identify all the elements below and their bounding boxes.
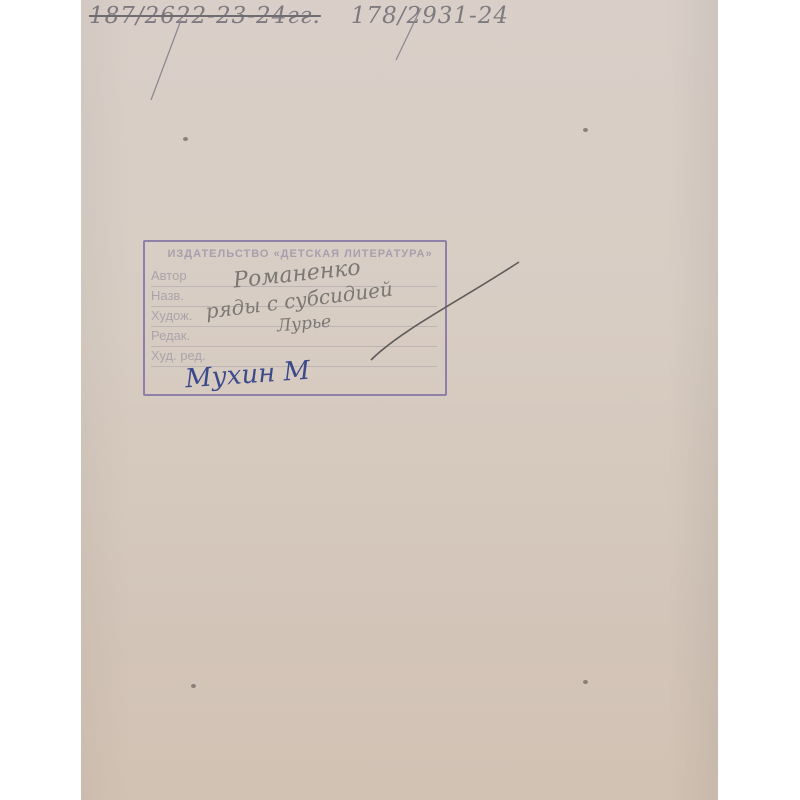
document-sheet: 187/2622-23-24гг.178/2931-24 ИЗДАТЕЛЬСТВ… [81,0,718,800]
pencil-strokes [81,0,718,800]
